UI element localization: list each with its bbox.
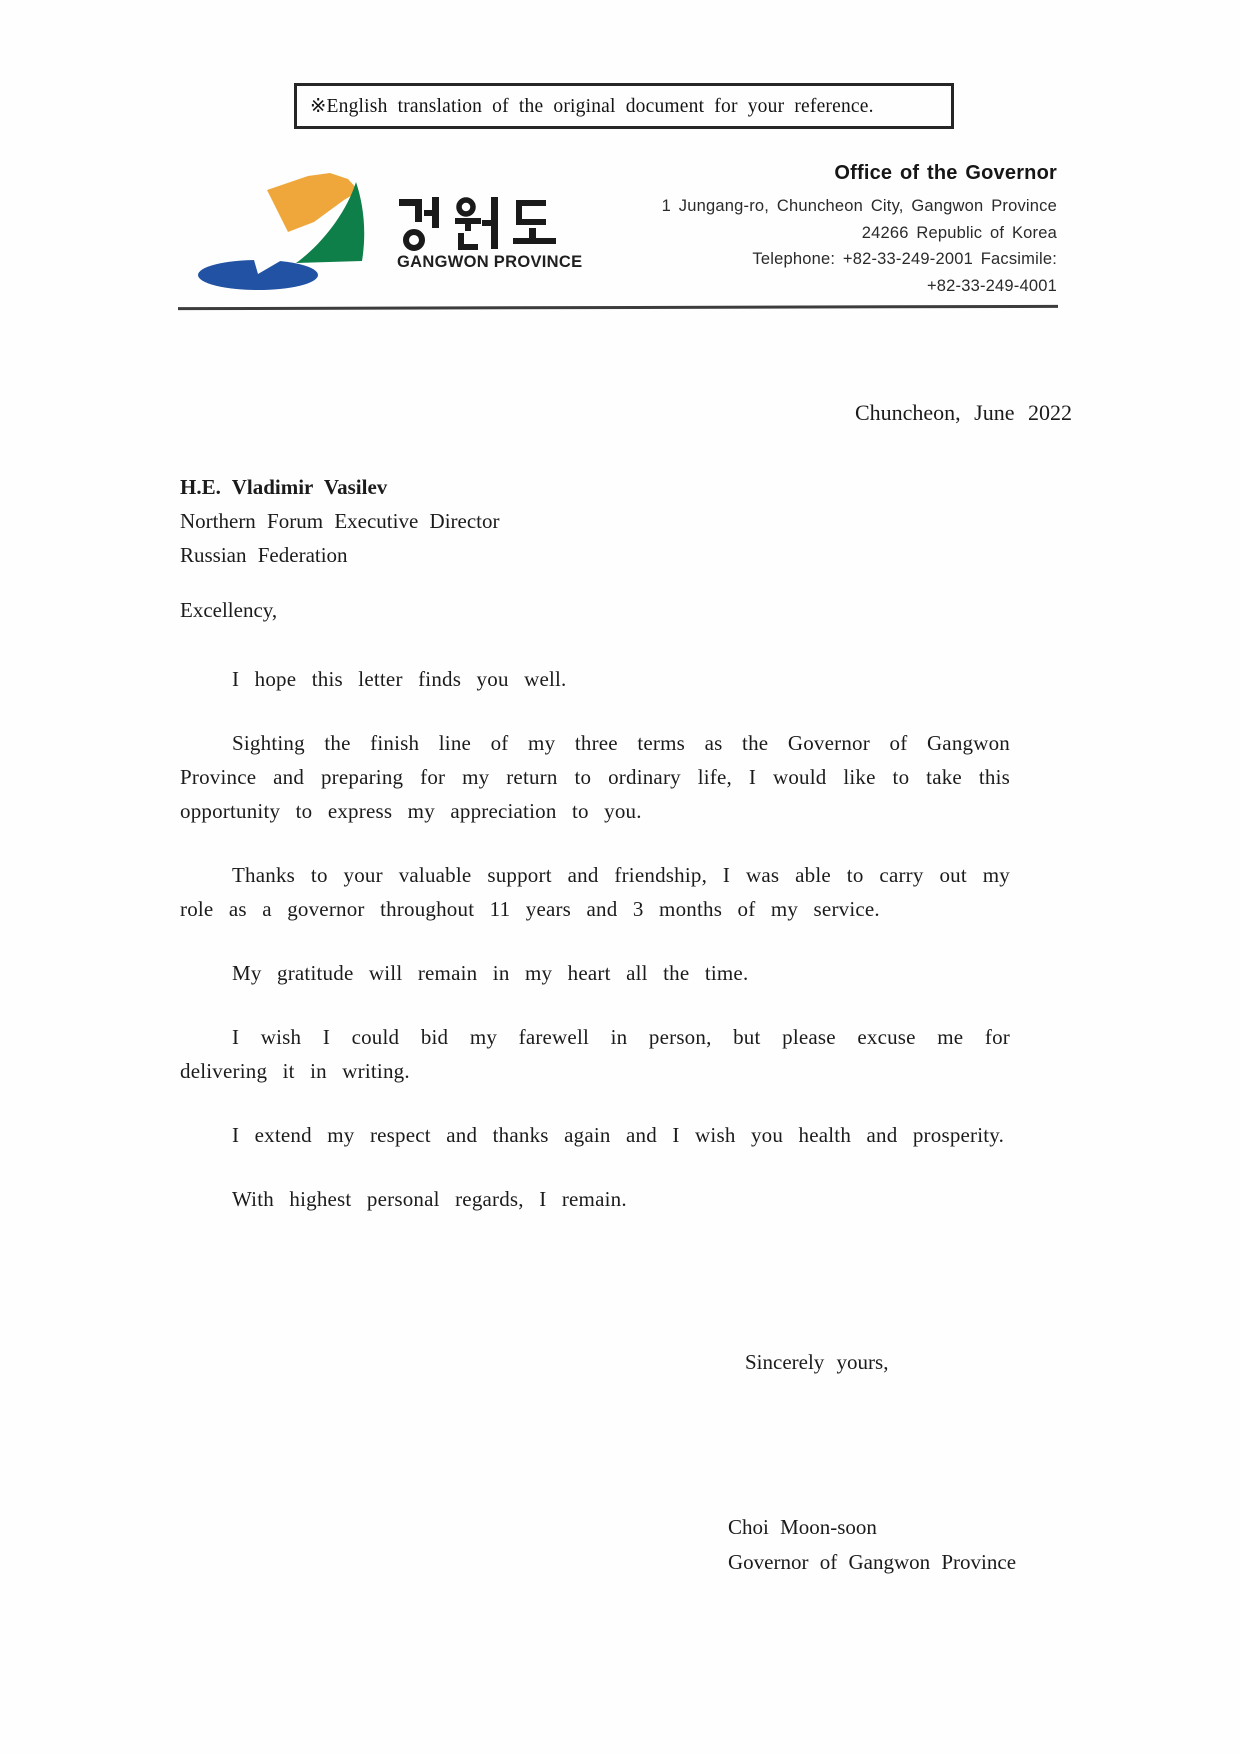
body-paragraph: I hope this letter finds you well. [180,662,1010,696]
recipient-title: Northern Forum Executive Director [180,504,500,538]
notice-box: ※English translation of the original doc… [294,83,954,129]
office-title: Office of the Governor [662,161,1057,185]
logo-english-name: GANGWON PROVINCE [397,253,582,272]
body-paragraph: I extend my respect and thanks again and… [180,1118,1010,1152]
dateline: Chuncheon, June 2022 [855,400,1072,426]
signer-title: Governor of Gangwon Province [728,1545,1016,1580]
body-paragraph: Thanks to your valuable support and frie… [180,858,1010,926]
letterhead-divider [178,305,1058,310]
notice-text: ※English translation of the original doc… [310,94,874,118]
letter-page: ※English translation of the original doc… [0,0,1240,1753]
gangwon-logo-icon [196,170,371,292]
signer-name: Choi Moon-soon [728,1510,1016,1545]
body-paragraph: I wish I could bid my farewell in person… [180,1020,1010,1088]
telephone-line: Telephone: +82-33-249-2001 Facsimile: [662,246,1057,273]
signature-block: Choi Moon-soon Governor of Gangwon Provi… [728,1510,1016,1580]
hangul-syllable-do [513,200,556,244]
facsimile-line: +82-33-249-4001 [662,273,1057,300]
letterhead-contact-block: Office of the Governor 1 Jungang-ro, Chu… [662,161,1057,299]
hangul-syllable-gang [399,197,439,248]
hangul-syllable-won [455,197,498,250]
address-line-1: 1 Jungang-ro, Chuncheon City, Gangwon Pr… [662,193,1057,220]
recipient-block: H.E. Vladimir Vasilev Northern Forum Exe… [180,470,500,572]
valediction-paragraph: With highest personal regards, I remain. [180,1182,1010,1216]
salutation: Excellency, [180,598,277,623]
closing: Sincerely yours, [745,1350,888,1375]
recipient-name: H.E. Vladimir Vasilev [180,470,500,504]
address-line-2: 24266 Republic of Korea [662,220,1057,247]
body-paragraph: Sighting the finish line of my three ter… [180,726,1010,828]
letter-body: I hope this letter finds you well. Sight… [180,662,1010,1246]
recipient-country: Russian Federation [180,538,500,572]
korean-logo-text [397,197,557,251]
body-paragraph: My gratitude will remain in my heart all… [180,956,1010,990]
